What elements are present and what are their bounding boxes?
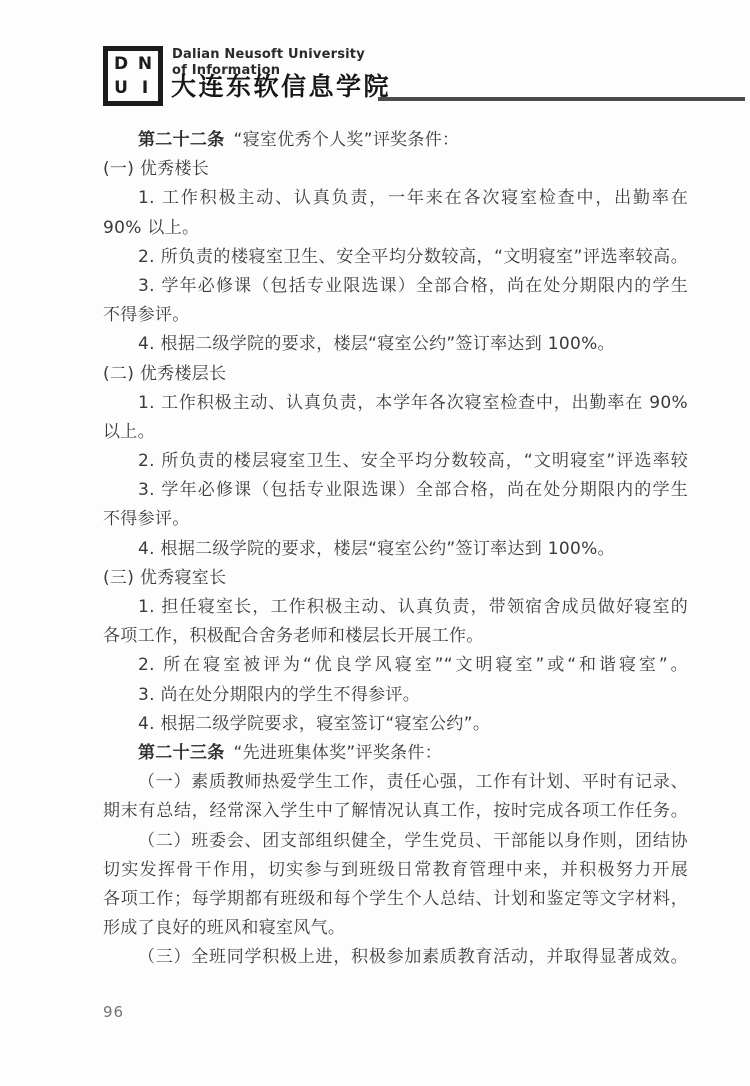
line-text: 不得参评。 (103, 305, 190, 325)
text-line: 期末有总结，经常深入学生中了解情况认真工作，按时完成各项工作任务。 (103, 797, 688, 826)
line-text: 4. 根据二级学院的要求，楼层“寝室公约”签订率达到 100%。 (138, 539, 615, 559)
document-body: 第二十二条“寝室优秀个人奖”评奖条件：(一) 优秀楼长1. 工作积极主动、认真负… (103, 126, 688, 972)
article-number: 第二十二条 (138, 130, 225, 150)
text-line: 切实发挥骨干作用，切实参与到班级日常教育管理中来，并积极努力开展 (103, 856, 688, 885)
document-page: D N U I Dalian Neusoft University of Inf… (0, 0, 750, 1086)
line-text: “寝室优秀个人奖”评奖条件： (234, 130, 460, 150)
text-line: 3. 尚在处分期限内的学生不得参评。 (103, 681, 688, 710)
text-line: （三）全班同学积极上进，积极参加素质教育活动，并取得显著成效。 (103, 943, 688, 972)
page-number: 96 (103, 1003, 124, 1021)
text-line: 不得参评。 (103, 505, 688, 534)
line-text: 2. 所在寝室被评为“优良学风寝室”“文明寝室”或“和谐寝室”。 (138, 655, 688, 675)
text-line: (三) 优秀寝室长 (103, 564, 688, 593)
text-line: 形成了良好的班风和寝室风气。 (103, 914, 688, 943)
line-text: 2. 所负责的楼层寝室卫生、安全平均分数较高，“文明寝室”评选率较高。 (138, 451, 688, 476)
dnui-logo: D N U I (103, 46, 163, 106)
text-line: 2. 所在寝室被评为“优良学风寝室”“文明寝室”或“和谐寝室”。 (103, 651, 688, 680)
logo-letter-i: I (142, 80, 148, 97)
line-text: （二）班委会、团支部组织健全，学生党员、干部能以身作则，团结协作， (138, 831, 688, 856)
text-line: （二）班委会、团支部组织健全，学生党员、干部能以身作则，团结协作， (103, 827, 688, 856)
line-text: 1. 工作积极主动、认真负责，本学年各次寝室检查中，出勤率在 90% (138, 393, 688, 413)
line-text: (一) 优秀楼长 (103, 159, 209, 179)
article-number: 第二十三条 (138, 743, 225, 763)
line-text: （一）素质教师热爱学生工作，责任心强，工作有计划、平时有记录、 (138, 772, 688, 792)
line-text: （三）全班同学积极上进，积极参加素质教育活动，并取得显著成效。 (138, 947, 688, 967)
line-text: (三) 优秀寝室长 (103, 568, 226, 588)
text-line: 以上。 (103, 418, 688, 447)
line-text: 各项工作，积极配合舍务老师和楼层长开展工作。 (103, 626, 484, 646)
line-text: 3. 学年必修课（包括专业限选课）全部合格，尚在处分期限内的学生 (138, 276, 688, 296)
line-text: 期末有总结，经常深入学生中了解情况认真工作，按时完成各项工作任务。 (103, 801, 688, 821)
line-text: 1. 工作积极主动、认真负责，一年来在各次寝室检查中，出勤率在 (138, 188, 688, 208)
text-line: 第二十三条“先进班集体奖”评奖条件： (103, 739, 688, 768)
line-text: 90% 以上。 (103, 218, 199, 238)
line-text: 1. 担任寝室长，工作积极主动、认真负责，带领宿舍成员做好寝室的 (138, 597, 688, 617)
text-line: (二) 优秀楼层长 (103, 360, 688, 389)
line-text: 切实发挥骨干作用，切实参与到班级日常教育管理中来，并积极努力开展 (103, 860, 688, 880)
logo-letter-n: N (138, 56, 152, 73)
line-text: 形成了良好的班风和寝室风气。 (103, 918, 345, 938)
text-line: 1. 担任寝室长，工作积极主动、认真负责，带领宿舍成员做好寝室的 (103, 593, 688, 622)
line-text: 各项工作；每学期都有班级和每个学生个人总结、计划和鉴定等文字材料， (103, 889, 688, 909)
letterhead-rule (378, 97, 745, 101)
text-line: （一）素质教师热爱学生工作，责任心强，工作有计划、平时有记录、 (103, 768, 688, 797)
text-line: (一) 优秀楼长 (103, 155, 688, 184)
line-text: 2. 所负责的楼寝室卫生、安全平均分数较高，“文明寝室”评选率较高。 (138, 247, 688, 267)
text-line: 1. 工作积极主动、认真负责，本学年各次寝室检查中，出勤率在 90% (103, 389, 688, 418)
line-text: (二) 优秀楼层长 (103, 364, 226, 384)
university-name-english-line1: Dalian Neusoft University (172, 47, 365, 63)
line-text: 3. 学年必修课（包括专业限选课）全部合格，尚在处分期限内的学生 (138, 480, 688, 500)
text-line: 各项工作；每学期都有班级和每个学生个人总结、计划和鉴定等文字材料， (103, 885, 688, 914)
text-line: 2. 所负责的楼层寝室卫生、安全平均分数较高，“文明寝室”评选率较高。 (103, 447, 688, 476)
line-text: “先进班集体奖”评奖条件： (234, 743, 443, 763)
text-line: 各项工作，积极配合舍务老师和楼层长开展工作。 (103, 622, 688, 651)
text-line: 4. 根据二级学院的要求，楼层“寝室公约”签订率达到 100%。 (103, 330, 688, 359)
logo-letter-u: U (114, 80, 128, 97)
text-line: 4. 根据二级学院的要求，楼层“寝室公约”签订率达到 100%。 (103, 535, 688, 564)
text-line: 第二十二条“寝室优秀个人奖”评奖条件： (103, 126, 688, 155)
text-line: 4. 根据二级学院要求，寝室签订“寝室公约”。 (103, 710, 688, 739)
text-line: 1. 工作积极主动、认真负责，一年来在各次寝室检查中，出勤率在 (103, 184, 688, 213)
text-line: 90% 以上。 (103, 214, 688, 243)
logo-letter-d: D (114, 56, 128, 73)
line-text: 不得参评。 (103, 509, 190, 529)
line-text: 4. 根据二级学院要求，寝室签订“寝室公约”。 (138, 714, 490, 734)
text-line: 不得参评。 (103, 301, 688, 330)
text-line: 2. 所负责的楼寝室卫生、安全平均分数较高，“文明寝室”评选率较高。 (103, 243, 688, 272)
line-text: 以上。 (103, 422, 155, 442)
line-text: 3. 尚在处分期限内的学生不得参评。 (138, 685, 420, 705)
text-line: 3. 学年必修课（包括专业限选课）全部合格，尚在处分期限内的学生 (103, 476, 688, 505)
line-text: 4. 根据二级学院的要求，楼层“寝室公约”签订率达到 100%。 (138, 334, 615, 354)
university-name-chinese: 大连东软信息学院 (171, 72, 391, 102)
text-line: 3. 学年必修课（包括专业限选课）全部合格，尚在处分期限内的学生 (103, 272, 688, 301)
